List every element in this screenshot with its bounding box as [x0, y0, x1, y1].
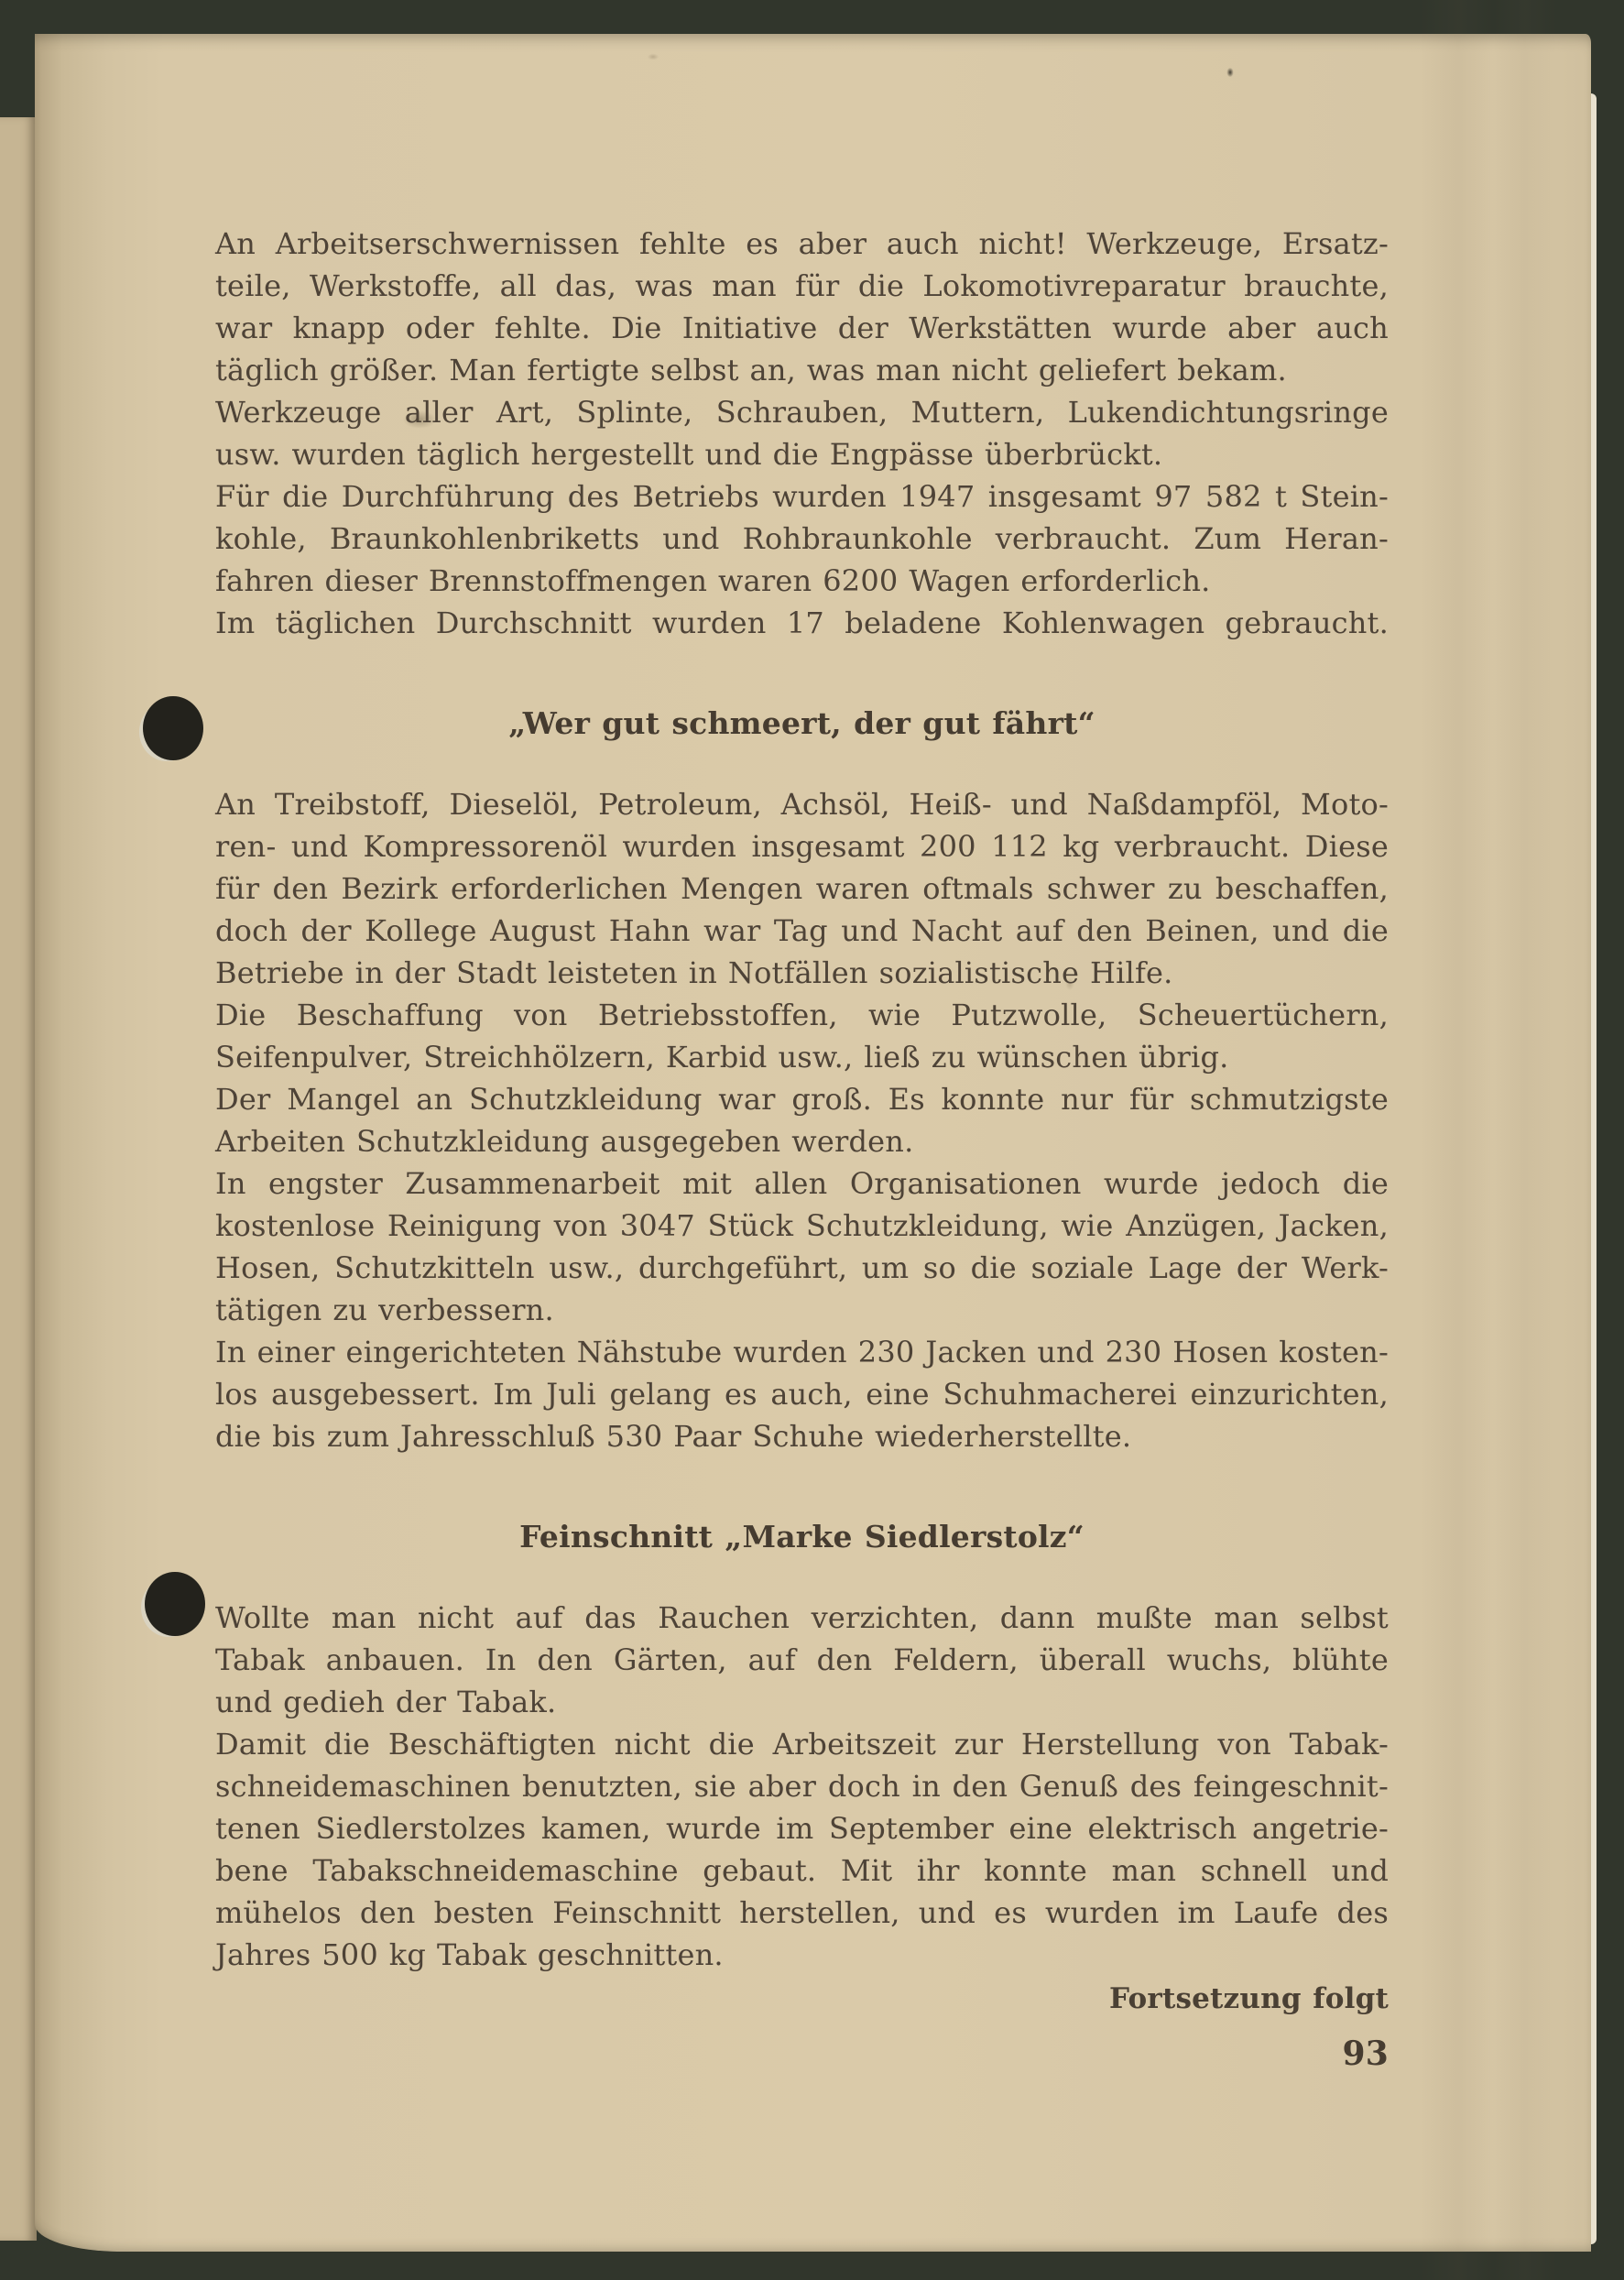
continuation-note: Fortsetzung folgt	[215, 1978, 1389, 2020]
text-line: Im täglichen Durchschnitt wurden 17 bela…	[215, 602, 1389, 644]
text-line: die bis zum Jahresschluß 530 Paar Schuhe…	[215, 1415, 1389, 1457]
section-heading: „Wer gut schmeert, der gut fährt“	[215, 703, 1389, 745]
page-stack-edge-left	[0, 117, 37, 2241]
text-line: In engster Zusammenarbeit mit allen Orga…	[215, 1162, 1389, 1205]
text-line: war knapp oder fehlte. Die Initiative de…	[215, 307, 1389, 349]
text-line: doch der Kollege August Hahn war Tag und…	[215, 910, 1389, 952]
scanned-book-page-photo: An Arbeitserschwernissen fehlte es aber …	[0, 0, 1624, 2280]
text-line: Wollte man nicht auf das Rauchen verzich…	[215, 1597, 1389, 1639]
text-line: Werkzeuge aller Art, Splinte, Schrauben,…	[215, 391, 1389, 433]
paragraph: An Treibstoff, Dieselöl, Petroleum, Achs…	[215, 783, 1389, 994]
paragraph: Werkzeuge aller Art, Splinte, Schrauben,…	[215, 391, 1389, 475]
text-line: usw. wurden täglich hergestellt und die …	[215, 433, 1389, 475]
text-line: Für die Durchführung des Betriebs wurden…	[215, 475, 1389, 518]
text-line: täglich größer. Man fertigte selbst an, …	[215, 349, 1389, 391]
text-line: teile, Werkstoffe, all das, was man für …	[215, 265, 1389, 307]
section-heading: Feinschnitt „Marke Siedlerstolz“	[215, 1516, 1389, 1558]
text-line: schneidemaschinen benutzten, sie aber do…	[215, 1765, 1389, 1807]
body-blocks: An Arbeitserschwernissen fehlte es aber …	[215, 223, 1389, 1976]
text-column: An Arbeitserschwernissen fehlte es aber …	[215, 223, 1389, 2075]
text-line: Tabak anbauen. In den Gärten, auf den Fe…	[215, 1639, 1389, 1681]
paragraph: In engster Zusammenarbeit mit allen Orga…	[215, 1162, 1389, 1331]
paragraph: Im täglichen Durchschnitt wurden 17 bela…	[215, 602, 1389, 644]
text-line: und gedieh der Tabak.	[215, 1681, 1389, 1723]
text-line: Betriebe in der Stadt leisteten in Notfä…	[215, 952, 1389, 994]
text-line: Jahres 500 kg Tabak geschnitten.	[215, 1934, 1389, 1976]
paragraph: An Arbeitserschwernissen fehlte es aber …	[215, 223, 1389, 391]
text-line: Damit die Beschäftigten nicht die Arbeit…	[215, 1723, 1389, 1765]
text-line: los ausgebessert. Im Juli gelang es auch…	[215, 1373, 1389, 1415]
text-line: bene Tabakschneidemaschine gebaut. Mit i…	[215, 1849, 1389, 1892]
text-line: tenen Siedlerstolzes kamen, wurde im Sep…	[215, 1807, 1389, 1849]
text-line: Seifenpulver, Streichhölzern, Karbid usw…	[215, 1036, 1389, 1078]
text-line: kostenlose Reinigung von 3047 Stück Schu…	[215, 1205, 1389, 1247]
paragraph: Die Beschaffung von Betriebsstoffen, wie…	[215, 994, 1389, 1078]
punch-hole	[143, 696, 203, 760]
text-line: Hosen, Schutzkitteln usw., durchgeführt,…	[215, 1247, 1389, 1289]
paragraph: Für die Durchführung des Betriebs wurden…	[215, 475, 1389, 602]
text-line: Der Mangel an Schutzkleidung war groß. E…	[215, 1078, 1389, 1120]
paragraph: In einer eingerichteten Nähstube wurden …	[215, 1331, 1389, 1457]
page-number: 93	[215, 2033, 1389, 2075]
text-line: Arbeiten Schutzkleidung ausgegeben werde…	[215, 1120, 1389, 1162]
text-line: kohle, Braunkohlenbriketts und Rohbraunk…	[215, 518, 1389, 560]
text-line: Die Beschaffung von Betriebsstoffen, wie…	[215, 994, 1389, 1036]
text-line: tätigen zu verbessern.	[215, 1289, 1389, 1331]
paragraph: Damit die Beschäftigten nicht die Arbeit…	[215, 1723, 1389, 1976]
text-line: An Treibstoff, Dieselöl, Petroleum, Achs…	[215, 783, 1389, 825]
text-line: ren- und Kompressorenöl wurden insgesamt…	[215, 825, 1389, 867]
text-line: für den Bezirk erforderlichen Mengen war…	[215, 867, 1389, 910]
punch-hole	[145, 1572, 205, 1636]
text-line: mühelos den besten Feinschnitt herstelle…	[215, 1892, 1389, 1934]
text-line: In einer eingerichteten Nähstube wurden …	[215, 1331, 1389, 1373]
text-line: An Arbeitserschwernissen fehlte es aber …	[215, 223, 1389, 265]
paragraph: Wollte man nicht auf das Rauchen verzich…	[215, 1597, 1389, 1723]
paragraph: Der Mangel an Schutzkleidung war groß. E…	[215, 1078, 1389, 1162]
text-line: fahren dieser Brennstoffmengen waren 620…	[215, 560, 1389, 602]
